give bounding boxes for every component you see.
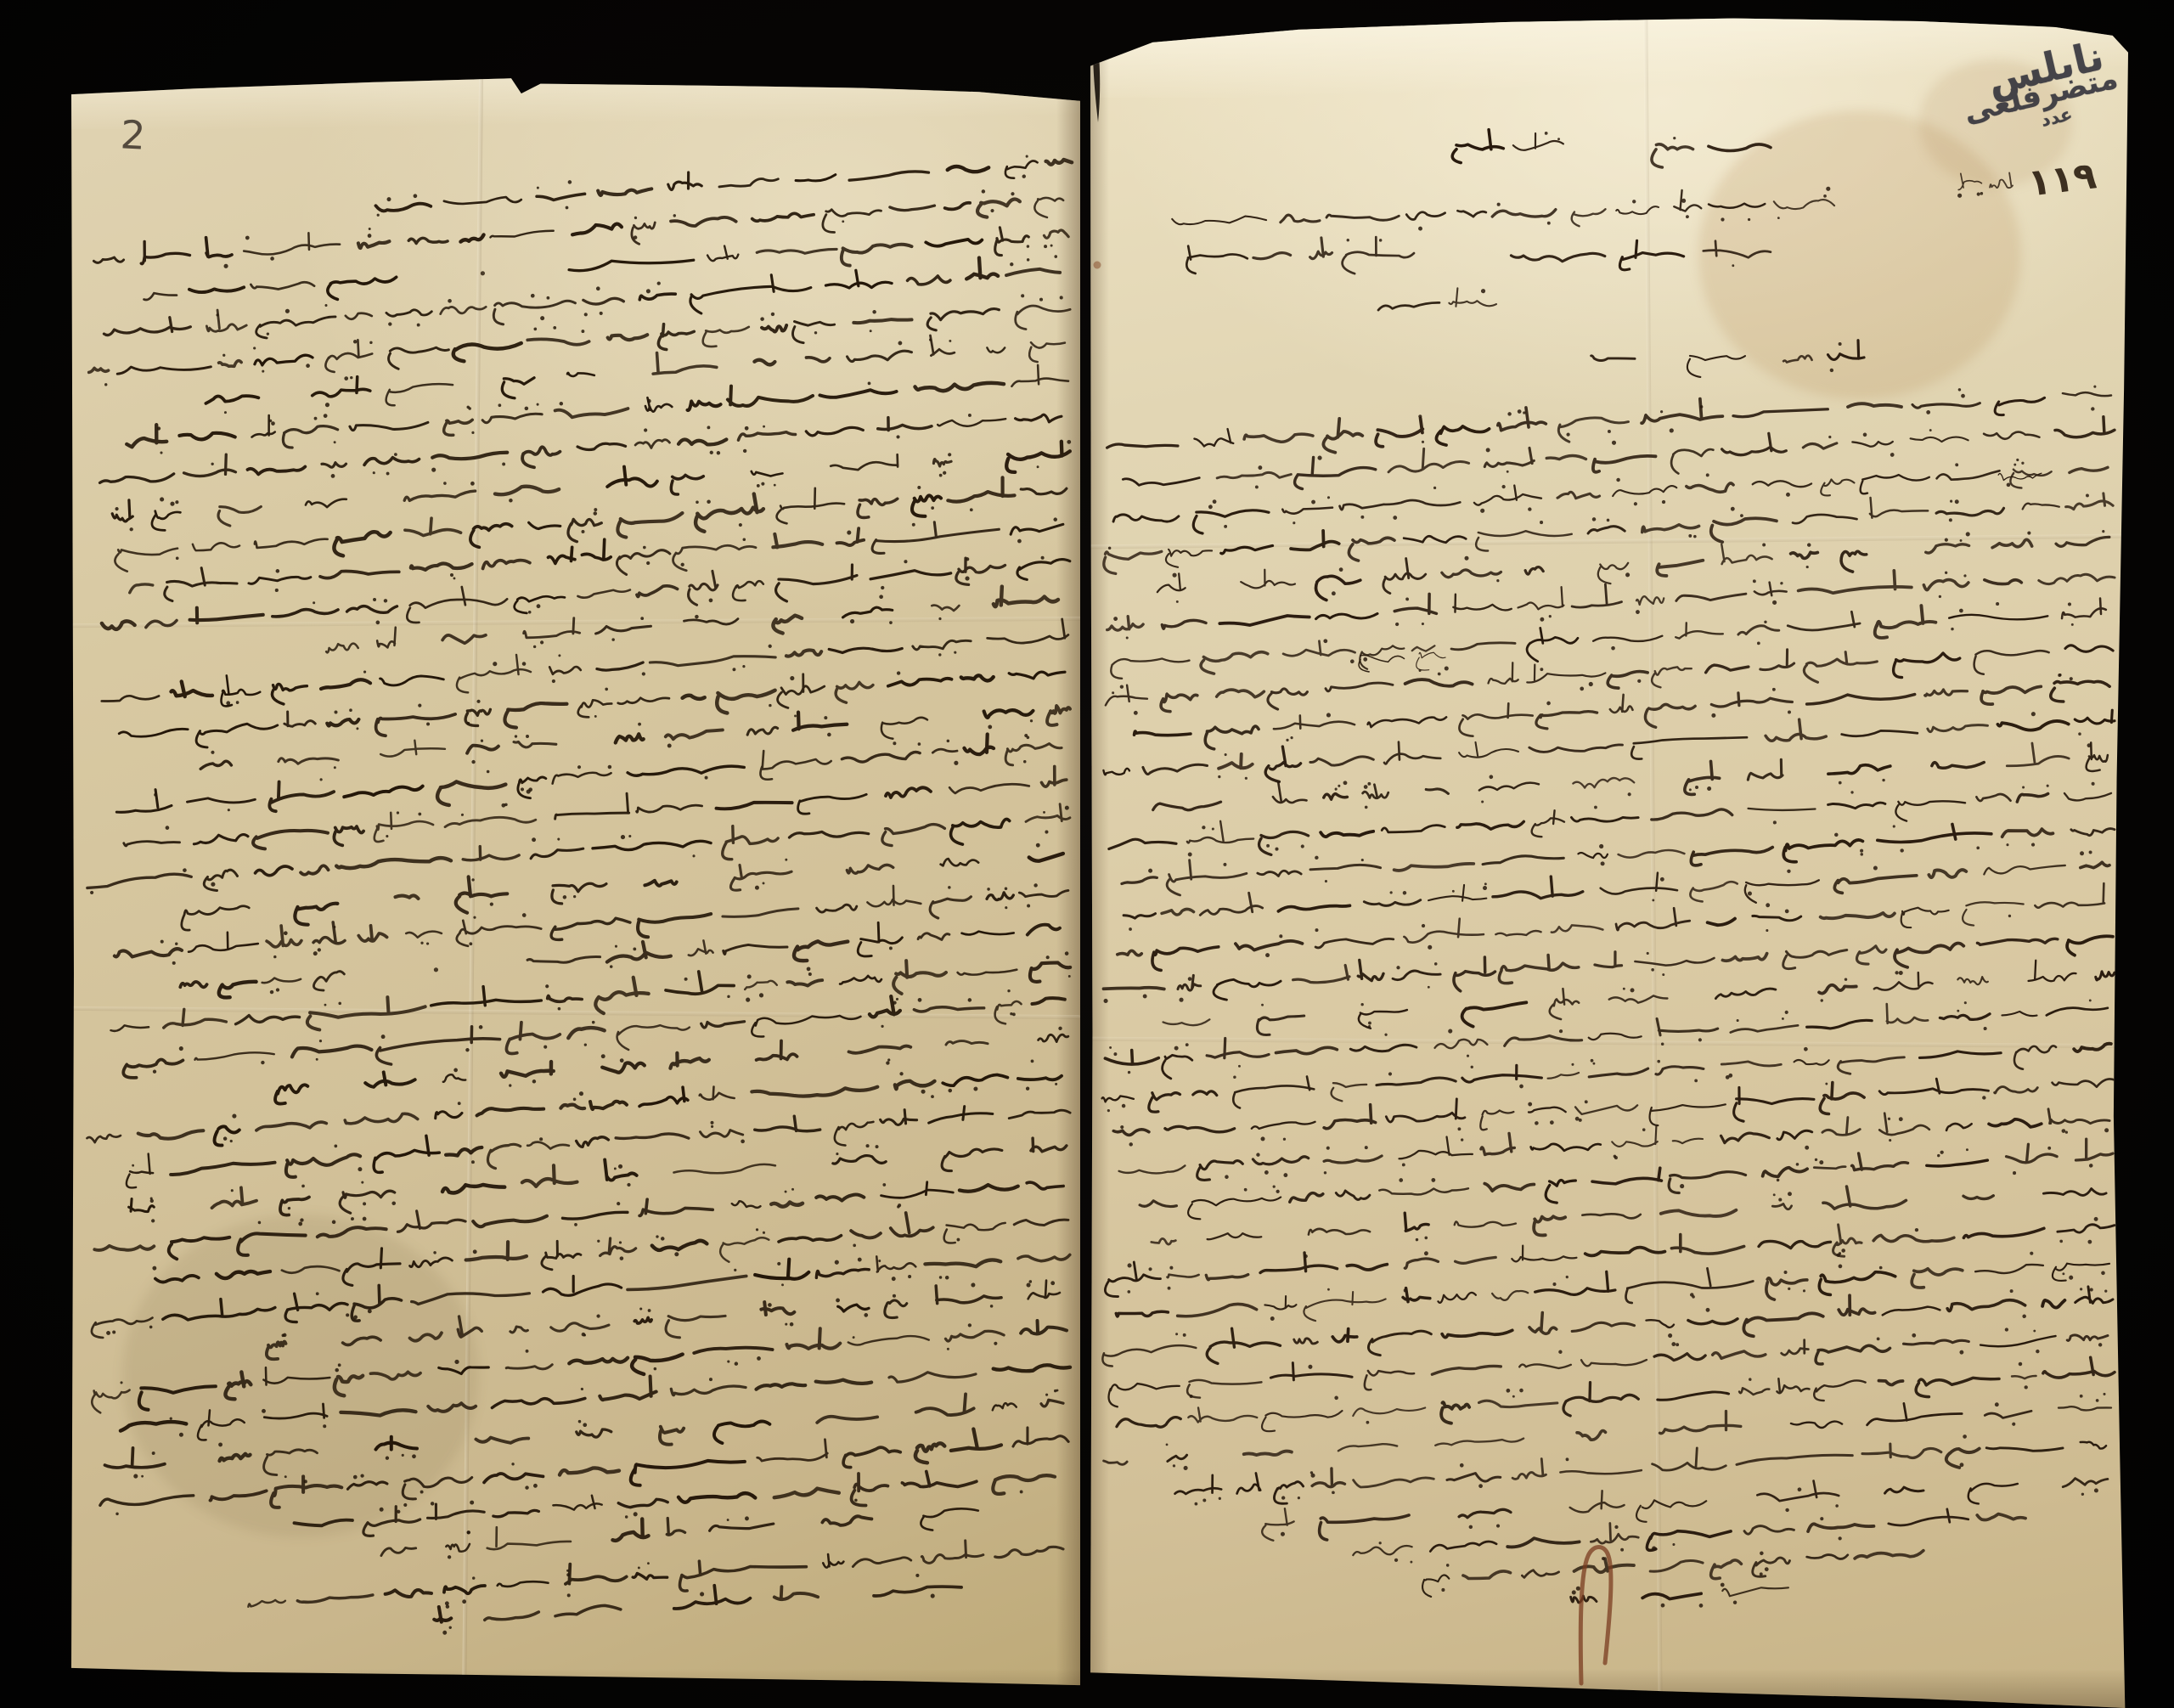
right-page: نابلس متصرفلغى عدد ١١٩ <box>1090 17 2128 1708</box>
rust-spot <box>1090 258 1107 275</box>
handwriting-left <box>71 76 1080 1708</box>
manuscript-scan: 2 نابلس متصرفلغى عدد ١١٩ <box>0 0 2174 1708</box>
rust-mark <box>1566 1525 1634 1694</box>
handwriting-right <box>1090 17 2128 1708</box>
ink-blot <box>1090 24 1111 211</box>
left-page: 2 <box>71 76 1080 1708</box>
